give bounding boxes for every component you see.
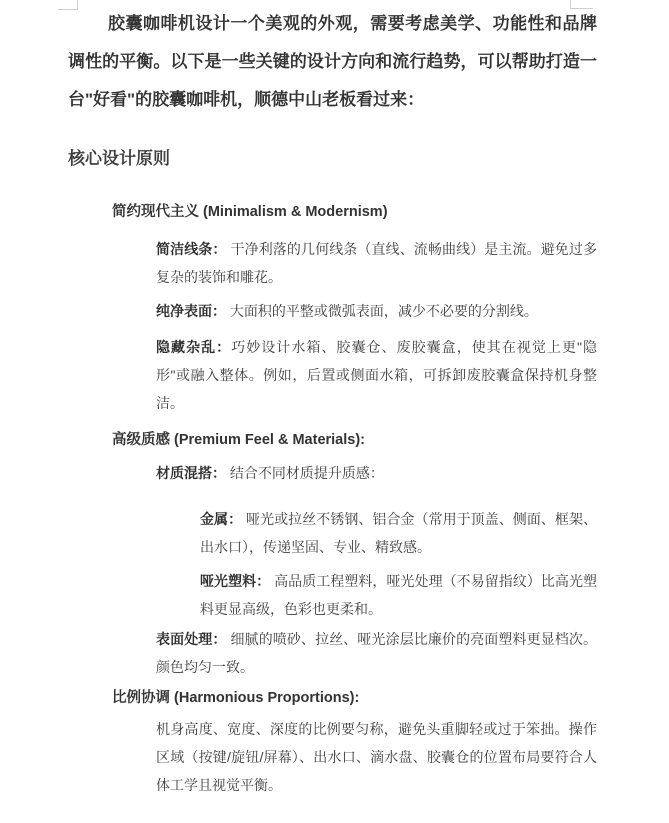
section-heading: 核心设计原则 xyxy=(68,147,597,171)
item-label: 材质混搭： xyxy=(156,465,226,481)
list-item: 机身高度、宽度、深度的比例要匀称，避免头重脚轻或过于笨拙。操作区域（按键/旋钮/… xyxy=(156,715,597,799)
intro-paragraph: 胶囊咖啡机设计一个美观的外观，需要考虑美学、功能性和品牌调性的平衡。以下是一些关… xyxy=(68,5,597,119)
list-item: 隐藏杂乱：巧妙设计水箱、胶囊仓、废胶囊盒，使其在视觉上更"隐形"或融入整体。例如… xyxy=(156,333,597,417)
item-text: 结合不同材质提升质感： xyxy=(226,465,384,481)
list-item: 哑光塑料： 高品质工程塑料，哑光处理（不易留指纹）比高光塑料更显高级，色彩也更柔… xyxy=(200,567,597,623)
document-content: 胶囊咖啡机设计一个美观的外观，需要考虑美学、功能性和品牌调性的平衡。以下是一些关… xyxy=(68,0,597,799)
list-item: 简洁线条： 干净利落的几何线条（直线、流畅曲线）是主流。避免过多复杂的装饰和雕花… xyxy=(156,235,597,291)
item-text: 大面积的平整或微弧表面，减少不必要的分割线。 xyxy=(226,303,538,319)
item-label: 纯净表面： xyxy=(156,303,226,319)
item-label: 表面处理： xyxy=(156,631,227,647)
list-item: 金属： 哑光或拉丝不锈钢、铝合金（常用于顶盖、侧面、框架、出水口），传递坚固、专… xyxy=(200,505,597,561)
item-label: 隐藏杂乱： xyxy=(156,339,231,355)
list-item: 表面处理： 细腻的喷砂、拉丝、哑光涂层比廉价的亮面塑料更显档次。颜色均匀一致。 xyxy=(156,625,597,681)
item-label: 金属： xyxy=(200,511,242,527)
list-item: 材质混搭： 结合不同材质提升质感： xyxy=(156,459,597,487)
item-text: 哑光或拉丝不锈钢、铝合金（常用于顶盖、侧面、框架、出水口），传递坚固、专业、精致… xyxy=(200,511,597,555)
list-item: 纯净表面： 大面积的平整或微弧表面，减少不必要的分割线。 xyxy=(156,297,597,325)
subsection-title-premium-feel: 高级质感 (Premium Feel & Materials): xyxy=(112,429,597,451)
subsection-title-minimalism: 简约现代主义 (Minimalism & Modernism) xyxy=(112,201,597,223)
item-label: 哑光塑料： xyxy=(200,573,270,589)
subsection-title-proportions: 比例协调 (Harmonious Proportions): xyxy=(112,687,597,709)
item-text: 机身高度、宽度、深度的比例要匀称，避免头重脚轻或过于笨拙。操作区域（按键/旋钮/… xyxy=(156,721,597,793)
item-label: 简洁线条： xyxy=(156,241,227,257)
document-page: 胶囊咖啡机设计一个美观的外观，需要考虑美学、功能性和品牌调性的平衡。以下是一些关… xyxy=(0,0,669,823)
